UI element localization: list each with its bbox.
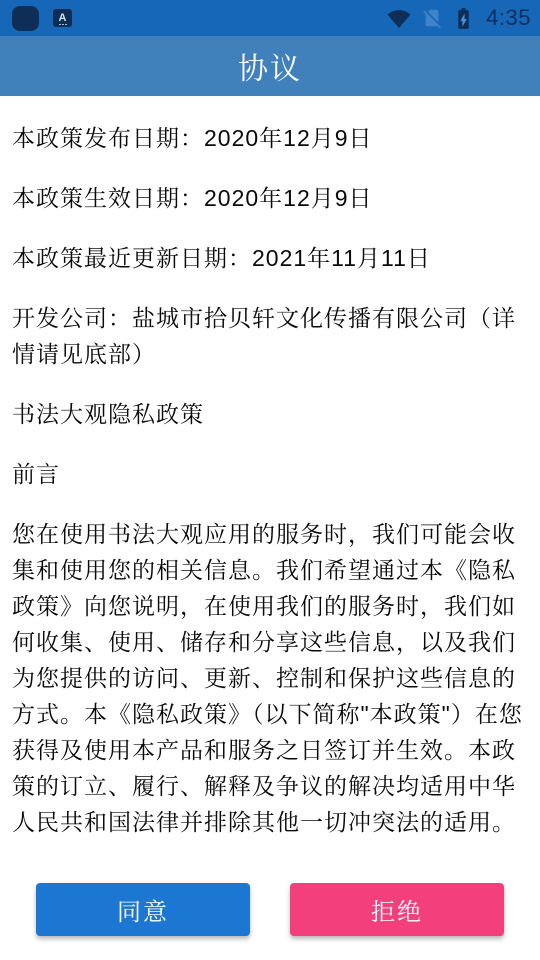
notification-app-icon bbox=[12, 6, 39, 31]
policy-intro-paragraph: 您在使用书法大观应用的服务时，我们可能会收集和使用您的相关信息。我们希望通过本《… bbox=[12, 516, 528, 840]
no-sim-icon bbox=[421, 7, 443, 29]
status-bar-left: A bbox=[12, 6, 72, 31]
clock-time: 4:35 bbox=[486, 5, 531, 31]
page-title: 协议 bbox=[238, 44, 302, 88]
status-bar-right: 4:35 bbox=[385, 5, 531, 32]
policy-title: 书法大观隐私政策 bbox=[12, 396, 528, 432]
a-badge-dots bbox=[59, 24, 61, 26]
refuse-button[interactable]: 拒绝 bbox=[290, 883, 504, 936]
developer-company: 开发公司：盐城市拾贝轩文化传播有限公司（详情请见底部） bbox=[12, 300, 528, 372]
agree-button[interactable]: 同意 bbox=[36, 883, 250, 936]
policy-publish-date: 本政策发布日期：2020年12月9日 bbox=[12, 120, 528, 156]
a-badge-label: A bbox=[59, 13, 67, 24]
app-screen: A 4:35 协议 本政策发布日期：2020年12月9日 本政策生效日期：202… bbox=[0, 0, 540, 960]
status-bar: A 4:35 bbox=[0, 0, 540, 36]
policy-update-date: 本政策最近更新日期：2021年11月11日 bbox=[12, 240, 528, 276]
policy-effective-date: 本政策生效日期：2020年12月9日 bbox=[12, 180, 528, 216]
preface-heading: 前言 bbox=[12, 456, 528, 492]
app-bar: 协议 bbox=[0, 36, 540, 96]
battery-charging-icon bbox=[451, 5, 476, 32]
wifi-icon bbox=[385, 8, 413, 29]
button-row: 同意 拒绝 bbox=[0, 883, 540, 936]
a-badge-icon: A bbox=[53, 9, 72, 27]
policy-content[interactable]: 本政策发布日期：2020年12月9日 本政策生效日期：2020年12月9日 本政… bbox=[0, 120, 540, 840]
